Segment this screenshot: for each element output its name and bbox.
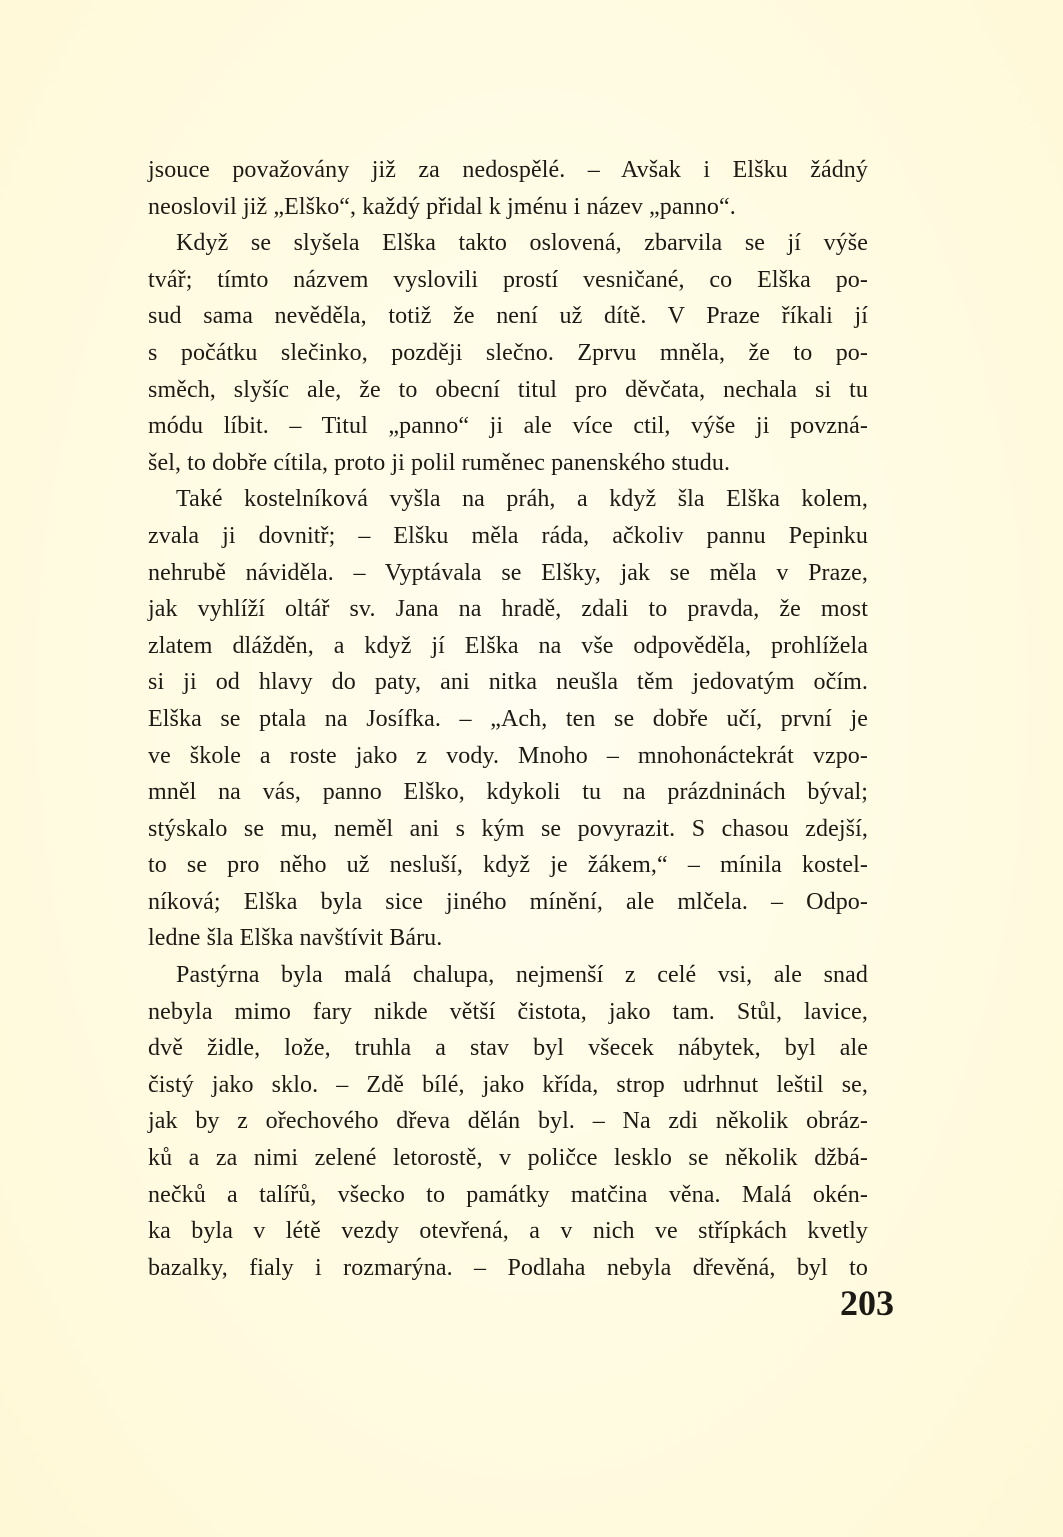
text-line: tvář; tímto názvem vyslovili prostí vesn… bbox=[148, 262, 868, 299]
text-line: nebyla mimo fary nikde větší čistota, ja… bbox=[148, 994, 868, 1031]
text-line: nehrubě náviděla. – Vyptávala se Elšky, … bbox=[148, 555, 868, 592]
text-line: neoslovil již „Elško“, každý přidal k jm… bbox=[148, 189, 868, 226]
text-line: zvala ji dovnitř; – Elšku měla ráda, ačk… bbox=[148, 518, 868, 555]
text-line: nečků a talířů, všecko to památky matčin… bbox=[148, 1177, 868, 1214]
text-line: si ji od hlavy do paty, ani nitka neušla… bbox=[148, 664, 868, 701]
text-line: ledne šla Elška navštívit Báru. bbox=[148, 920, 868, 957]
text-line: ků a za nimi zelené letorostě, v poličce… bbox=[148, 1140, 868, 1177]
text-line: šel, to dobře cítila, proto ji polil rum… bbox=[148, 445, 868, 482]
text-line: stýskalo se mu, neměl ani s kým se povyr… bbox=[148, 811, 868, 848]
book-page: jsouce považovány již za nedospělé. – Av… bbox=[0, 0, 1063, 1537]
text-line: jak vyhlíží oltář sv. Jana na hradě, zda… bbox=[148, 591, 868, 628]
text-line: to se pro něho už nesluší, když je žákem… bbox=[148, 847, 868, 884]
text-line: jak by z ořechového dřeva dělán byl. – N… bbox=[148, 1103, 868, 1140]
paragraph-first-line: Když se slyšela Elška takto oslovená, zb… bbox=[148, 225, 868, 262]
text-line: sud sama nevěděla, totiž že není už dítě… bbox=[148, 298, 868, 335]
text-line: směch, slyšíc ale, že to obecní titul pr… bbox=[148, 372, 868, 409]
text-line: bazalky, fialy i rozmarýna. – Podlaha ne… bbox=[148, 1250, 868, 1287]
text-line: zlatem dlážděn, a když jí Elška na vše o… bbox=[148, 628, 868, 665]
paragraph-first-line: Také kostelníková vyšla na práh, a když … bbox=[148, 481, 868, 518]
paragraph-first-line: Pastýrna byla malá chalupa, nejmenší z c… bbox=[148, 957, 868, 994]
text-line: ka byla v létě vezdy otevřená, a v nich … bbox=[148, 1213, 868, 1250]
text-line: níková; Elška byla sice jiného mínění, a… bbox=[148, 884, 868, 921]
text-line: mněl na vás, panno Elško, kdykoli tu na … bbox=[148, 774, 868, 811]
text-line: jsouce považovány již za nedospělé. – Av… bbox=[148, 152, 868, 189]
page-number: 203 bbox=[840, 1282, 894, 1324]
text-line: čistý jako sklo. – Zdě bílé, jako křída,… bbox=[148, 1067, 868, 1104]
text-line: Elška se ptala na Josífka. – „Ach, ten s… bbox=[148, 701, 868, 738]
text-line: ve škole a roste jako z vody. Mnoho – mn… bbox=[148, 738, 868, 775]
text-line: dvě židle, lože, truhla a stav byl všece… bbox=[148, 1030, 868, 1067]
text-line: s počátku slečinko, později slečno. Zprv… bbox=[148, 335, 868, 372]
text-line: módu líbit. – Titul „panno“ ji ale více … bbox=[148, 408, 868, 445]
body-text: jsouce považovány již za nedospělé. – Av… bbox=[148, 152, 868, 1286]
